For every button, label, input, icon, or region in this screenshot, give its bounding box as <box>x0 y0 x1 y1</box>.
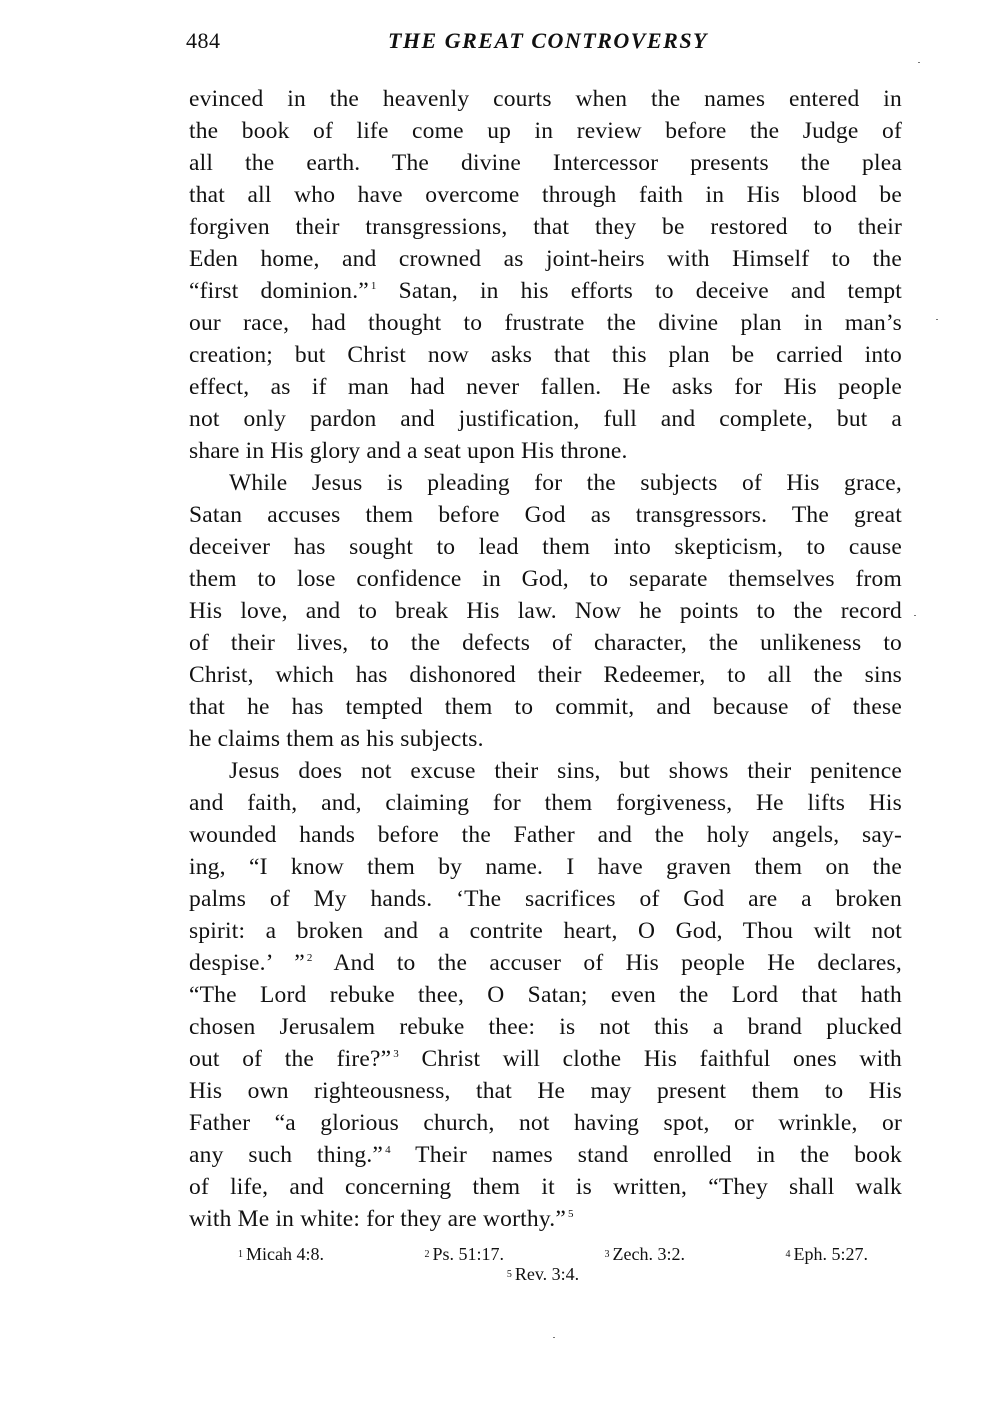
text-line: His own righteousness, that He may prese… <box>189 1075 902 1107</box>
text-line: that he has tempted them to commit, and … <box>189 691 902 723</box>
text-line: wounded hands before the Father and the … <box>189 819 902 851</box>
text-line: His love, and to break His law. Now he p… <box>189 595 902 627</box>
text-line: While Jesus is pleading for the subjects… <box>189 467 902 499</box>
text-line: the book of life come up in review befor… <box>189 115 902 147</box>
text-line: evinced in the heavenly courts when the … <box>189 83 902 115</box>
text-line: creation; but Christ now asks that this … <box>189 339 902 371</box>
text-line: “first dominion.”1 Satan, in his efforts… <box>189 275 902 307</box>
text-line: palms of My hands. ‘The sacrifices of Go… <box>189 883 902 915</box>
text-line: out of the fire?”3 Christ will clothe Hi… <box>189 1043 902 1075</box>
text-line: Christ, which has dishonored their Redee… <box>189 659 902 691</box>
text-line: forgiven their transgressions, that they… <box>189 211 902 243</box>
book-page: 484 THE GREAT CONTROVERSY evinced in the… <box>0 0 1000 1418</box>
scan-speck <box>918 62 920 63</box>
text-line: ing, “I know them by name. I have graven… <box>189 851 902 883</box>
body-text: evinced in the heavenly courts when the … <box>189 83 902 1235</box>
footnote-2: 2Ps. 51:17. <box>424 1244 504 1264</box>
text-line: he claims them as his subjects. <box>189 723 902 755</box>
text-line: any such thing.”4 Their names stand enro… <box>189 1139 902 1171</box>
text-line: “The Lord rebuke thee, O Satan; even the… <box>189 979 902 1011</box>
footnote-5: 5Rev. 3:4. <box>507 1264 579 1284</box>
text-line: with Me in white: for they are worthy.”5 <box>189 1203 902 1235</box>
scan-speck <box>553 1337 555 1338</box>
text-line: all the earth. The divine Intercessor pr… <box>189 147 902 179</box>
text-line: of their lives, to the defects of charac… <box>189 627 902 659</box>
footnote-marker: 1 <box>371 280 377 292</box>
footnote-3: 3Zech. 3:2. <box>605 1244 685 1264</box>
text-line: that all who have overcome through faith… <box>189 179 902 211</box>
footnote-row: 5Rev. 3:4. <box>238 1264 868 1284</box>
text-line: them to lose confidence in God, to separ… <box>189 563 902 595</box>
text-line: Eden home, and crowned as joint-heirs wi… <box>189 243 902 275</box>
text-line: Father “a glorious church, not having sp… <box>189 1107 902 1139</box>
text-line: our race, had thought to frustrate the d… <box>189 307 902 339</box>
footnote-marker: 4 <box>385 1144 391 1156</box>
footnote-4: 4Eph. 5:27. <box>785 1244 868 1264</box>
running-title: THE GREAT CONTROVERSY <box>186 28 902 54</box>
text-line: not only pardon and justification, full … <box>189 403 902 435</box>
text-line: of life, and concerning them it is writt… <box>189 1171 902 1203</box>
text-line: and faith, and, claiming for them forgiv… <box>189 787 902 819</box>
footnote-marker: 5 <box>568 1208 574 1220</box>
scan-speck <box>936 319 938 320</box>
footnote-1: 1Micah 4:8. <box>238 1244 324 1264</box>
footnote-marker: 3 <box>393 1048 399 1060</box>
footnote-row: 1Micah 4:8. 2Ps. 51:17. 3Zech. 3:2. 4Eph… <box>238 1244 868 1264</box>
text-line: chosen Jerusalem rebuke thee: is not thi… <box>189 1011 902 1043</box>
text-line: share in His glory and a seat upon His t… <box>189 435 902 467</box>
text-line: Jesus does not excuse their sins, but sh… <box>189 755 902 787</box>
text-line: deceiver has sought to lead them into sk… <box>189 531 902 563</box>
footnote-marker: 2 <box>307 952 313 964</box>
text-line: Satan accuses them before God as transgr… <box>189 499 902 531</box>
scan-speck <box>914 615 916 616</box>
text-line: spirit: a broken and a contrite heart, O… <box>189 915 902 947</box>
footnotes: 1Micah 4:8. 2Ps. 51:17. 3Zech. 3:2. 4Eph… <box>238 1244 868 1284</box>
running-head: 484 THE GREAT CONTROVERSY <box>186 28 902 60</box>
text-line: effect, as if man had never fallen. He a… <box>189 371 902 403</box>
text-line: despise.’ ”2 And to the accuser of His p… <box>189 947 902 979</box>
